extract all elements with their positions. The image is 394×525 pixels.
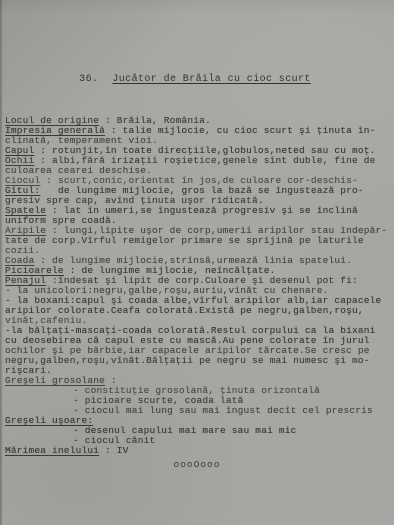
text-line: tate de corp.Vîrful remigelor primare se… — [5, 236, 394, 246]
text-line: vînăt,cafeniu. — [5, 316, 394, 326]
text-line: Ciocul : scurt,conic,orientat în jos,de … — [5, 176, 394, 186]
scanned-page: { "document": { "heading": { "number": "… — [0, 0, 394, 525]
text-line: - la unicolori:negru,galbe,roşu,auriu,vî… — [5, 286, 394, 296]
term-underlined: Mărimea inelului — [5, 445, 99, 456]
text-line: gresiv spre cap, avînd ţinuta uşor ridic… — [5, 196, 394, 206]
term-underlined: Locul de origine — [5, 115, 99, 126]
footer-ornament: oooOooo — [0, 459, 394, 470]
text-line: clinată, temperament vioi. — [5, 136, 394, 146]
text-line: - ciocul cănit — [5, 436, 394, 446]
heading-title: Jucător de Brăila cu cioc scurt — [112, 74, 314, 85]
page-background: 36. Jucător de Brăila cu cioc scurt Locu… — [0, 0, 394, 525]
term-underlined: Coada — [5, 255, 34, 266]
body-lines: Locul de origine : Brăila, România.Impre… — [5, 116, 394, 456]
term-underlined: Ciocul — [5, 175, 40, 186]
text-line: Mărimea inelului : IV — [5, 446, 394, 456]
text-line: - desenul capului mai mare sau mai mic — [5, 426, 394, 436]
text-line: - ciocul mai lung sau mai îngust decît c… — [5, 406, 394, 416]
text-line: Locul de origine : Brăila, România. — [5, 116, 394, 126]
text-line: negru,galben,roşu,vînăt.Bălţaţii pe negr… — [5, 356, 394, 366]
text-line: Coada : de lungime mijlocie,strînsă,urme… — [5, 256, 394, 266]
document-heading: 36. Jucător de Brăila cu cioc scurt — [0, 74, 394, 85]
heading-number: 36. — [79, 74, 98, 85]
